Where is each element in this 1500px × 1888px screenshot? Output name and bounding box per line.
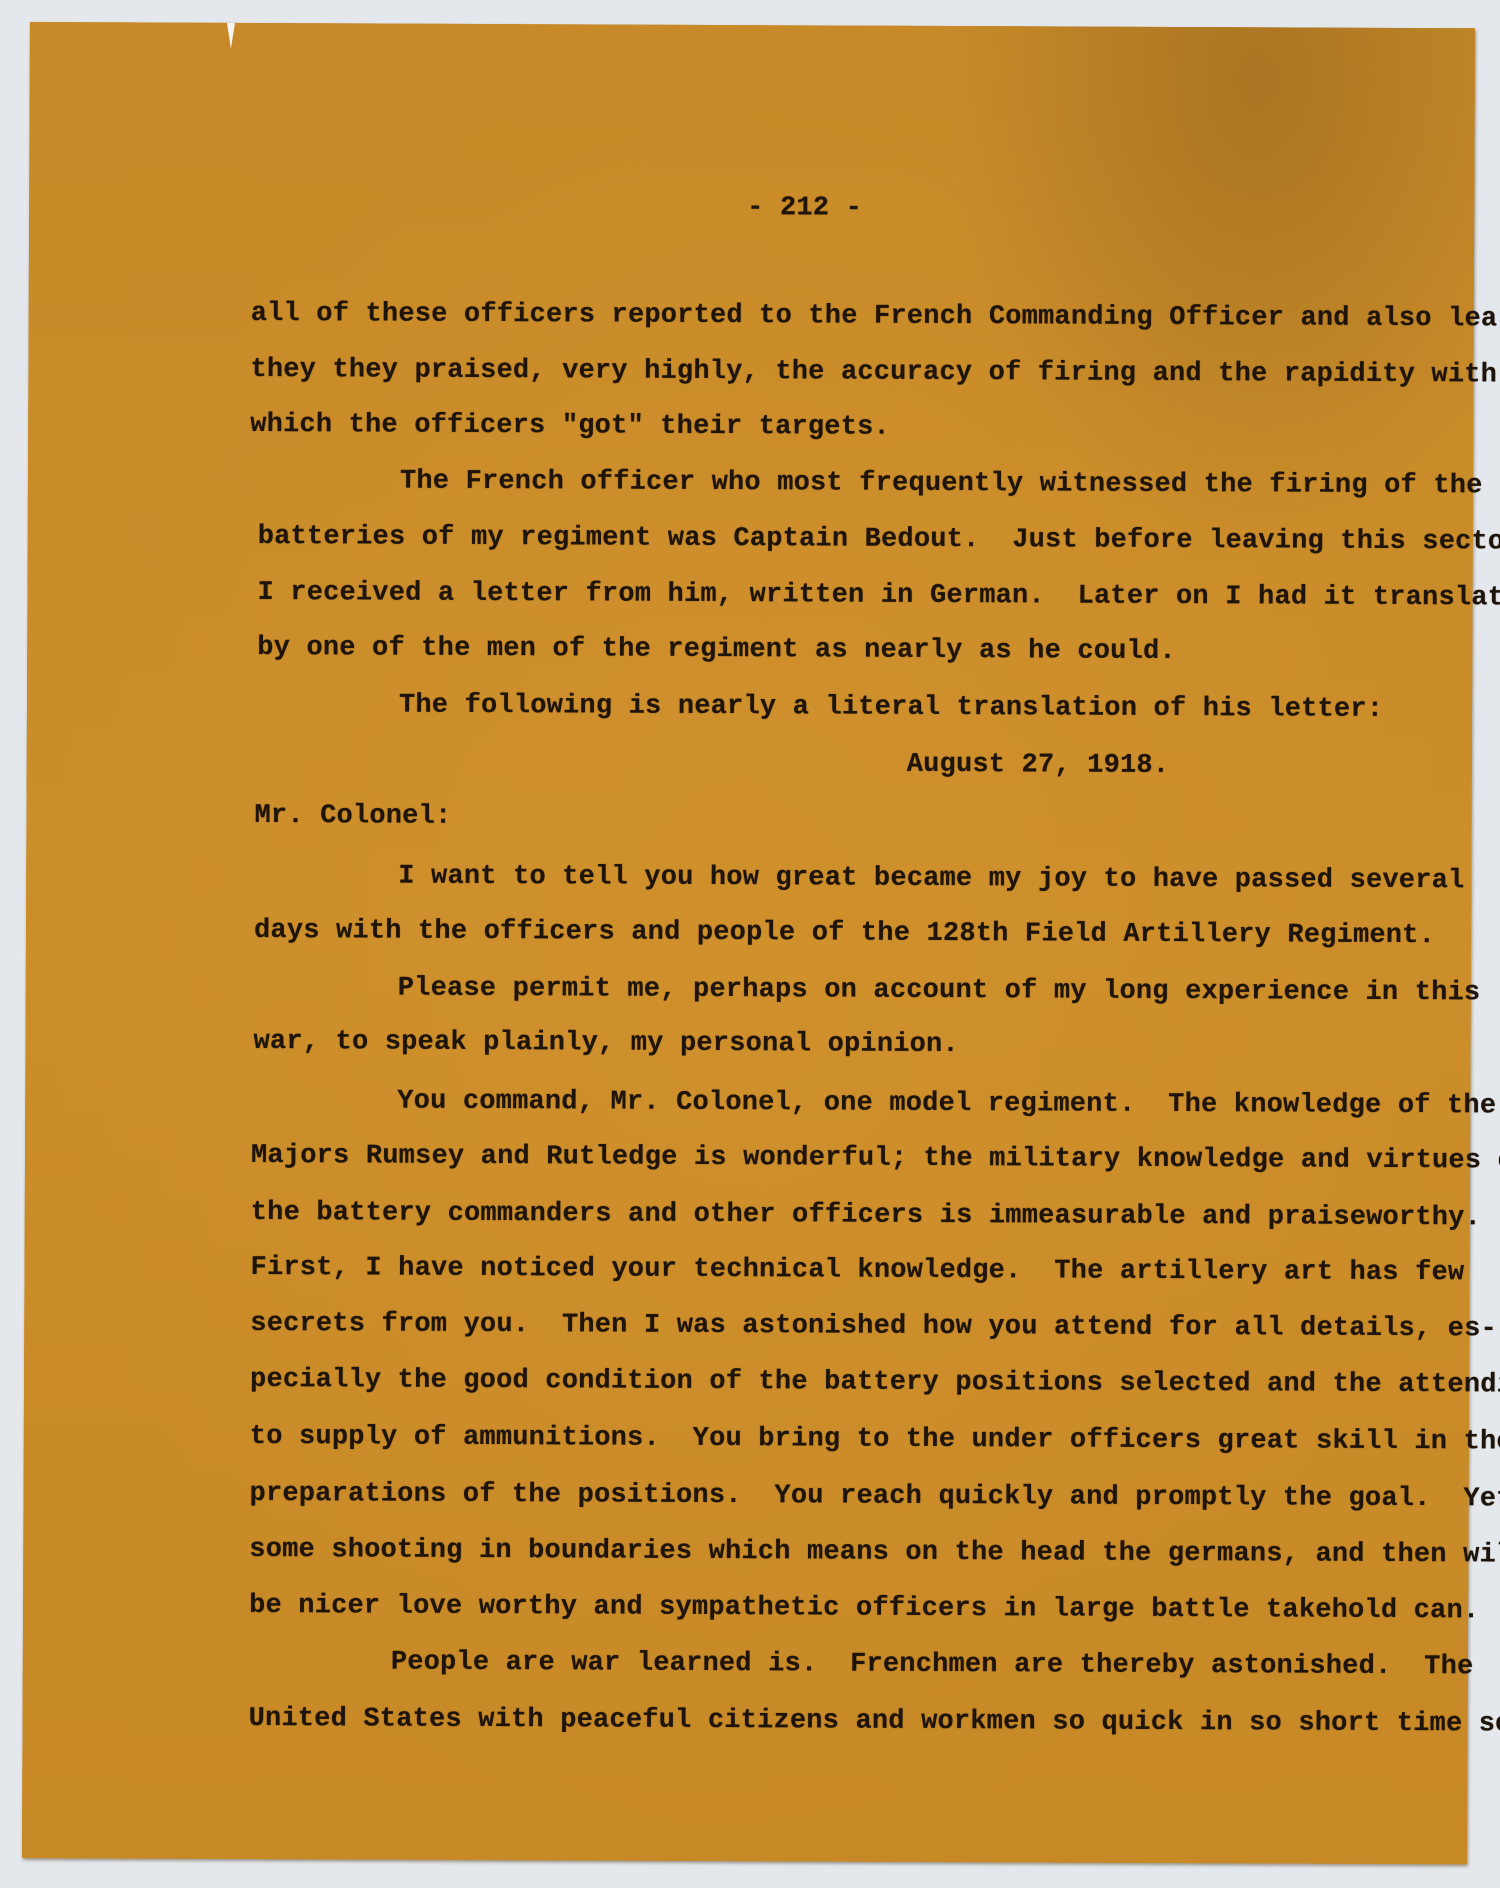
letter-date: August 27, 1918.: [907, 752, 1170, 780]
typed-page: - 212 - all of these officers reported t…: [22, 22, 1475, 1864]
text-line: to supply of ammunitions. You bring to t…: [250, 1424, 1500, 1457]
text-line: The following is nearly a literal transl…: [399, 693, 1383, 724]
text-line: by one of the men of the regiment as nea…: [257, 635, 1176, 666]
text-line: be nicer love worthy and sympathetic off…: [249, 1593, 1479, 1625]
text-line: pecially the good condition of the batte…: [250, 1367, 1500, 1400]
text-line: war, to speak plainly, my personal opini…: [253, 1029, 958, 1059]
text-line: The French officer who most frequently w…: [400, 469, 1483, 501]
text-line: preparations of the positions. You reach…: [250, 1481, 1500, 1514]
text-line: Please permit me, perhaps on account of …: [398, 976, 1481, 1008]
text-line: I received a letter from him, written in…: [257, 580, 1500, 613]
text-line: the battery commanders and other officer…: [251, 1200, 1481, 1232]
paper-tear: [227, 23, 235, 49]
text-line: Majors Rumsey and Rutledge is wonderful;…: [251, 1143, 1500, 1176]
text-line: days with the officers and people of the…: [254, 918, 1435, 950]
page-number: - 212 -: [747, 195, 862, 223]
text-line: I want to tell you how great became my j…: [398, 864, 1464, 896]
letter-salutation: Mr. Colonel:: [254, 803, 451, 831]
text-line: all of these officers reported to the Fr…: [251, 301, 1500, 334]
text-line: they they praised, very highly, the accu…: [250, 357, 1497, 389]
text-line: which the officers "got" their targets.: [250, 412, 890, 442]
text-line: United States with peaceful citizens and…: [249, 1706, 1500, 1739]
text-line: First, I have noticed your technical kno…: [251, 1255, 1465, 1287]
text-line: People are war learned is. Frenchmen are…: [391, 1650, 1474, 1682]
text-line: batteries of my regiment was Captain Bed…: [258, 524, 1500, 557]
text-line: some shooting in boundaries which means …: [249, 1537, 1500, 1570]
text-line: You command, Mr. Colonel, one model regi…: [397, 1089, 1496, 1121]
text-line: secrets from you. Then I was astonished …: [250, 1311, 1497, 1343]
